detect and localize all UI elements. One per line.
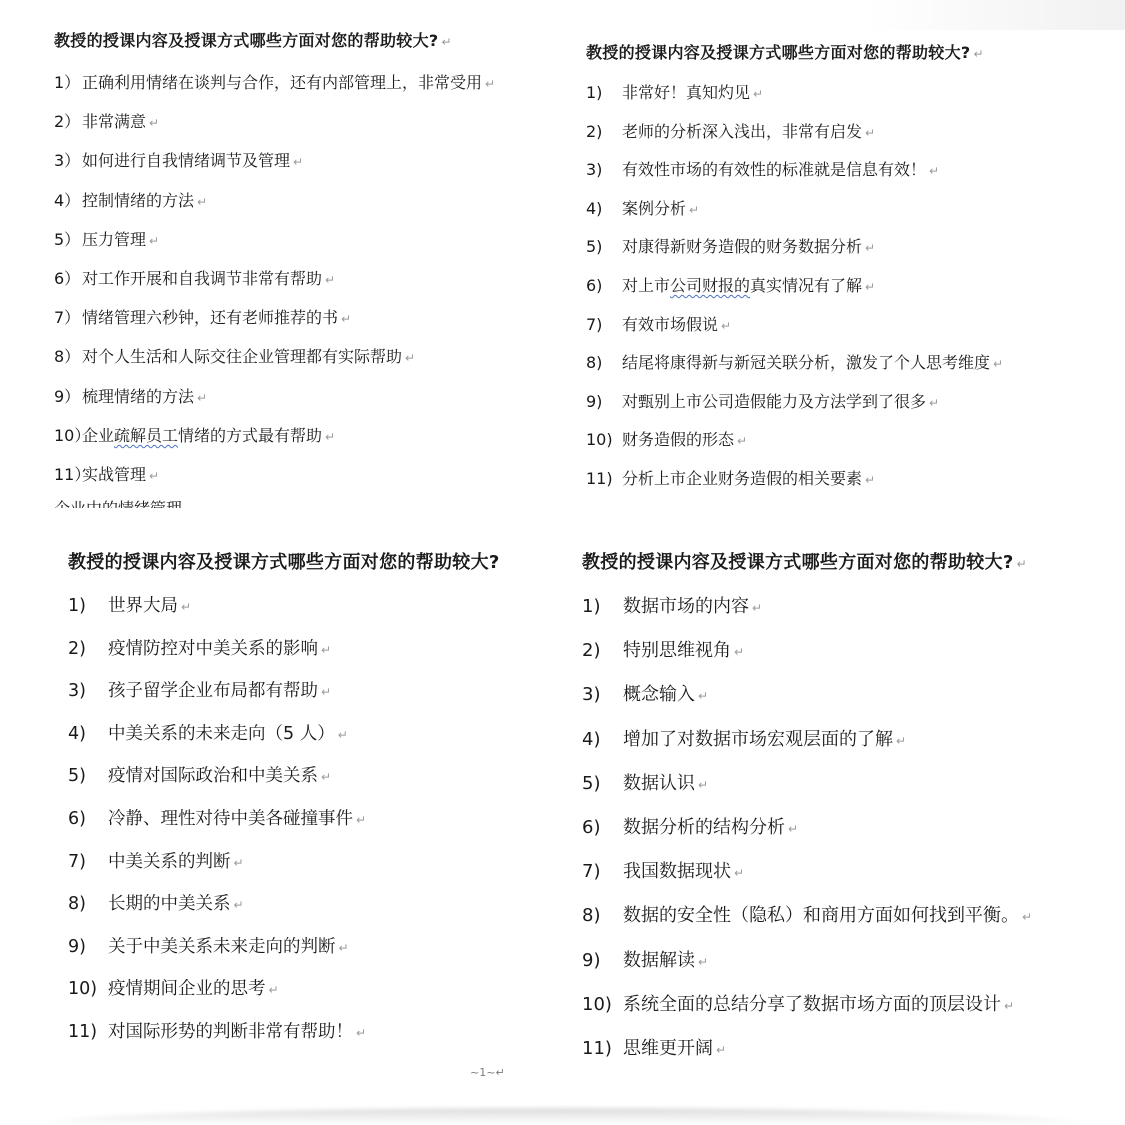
paragraph-mark-icon: ↵ [356,813,366,827]
paragraph-mark-icon: ↵ [896,734,906,748]
paragraph-mark-icon: ↵ [734,866,744,880]
item-text: 正确利用情绪在谈判与合作，还有内部管理上，非常受用 [82,70,482,93]
spellcheck-underline: 公司财报的 [670,276,750,295]
item-number: 7） [54,305,82,328]
list-item: 1)世界大局↵ [68,592,191,617]
list-item: 2)疫情防控对中美关系的影响↵ [68,635,331,660]
list-item: 1)非常好！真知灼见↵ [586,80,763,103]
item-text: 对个人生活和人际交往企业管理都有实际帮助 [82,344,402,367]
list-item: 1）正确利用情绪在谈判与合作，还有内部管理上，非常受用↵ [54,70,495,93]
paragraph-mark-icon: ↵ [993,357,1003,371]
item-text: 特别思维视角 [623,636,731,662]
item-text: 我国数据现状 [623,857,731,883]
item-text: 对国际形势的判断非常有帮助！ [108,1018,353,1043]
item-number: 3） [54,148,82,171]
item-text: 非常好！真知灼见 [622,80,750,103]
item-number: 5） [54,227,82,250]
paragraph-mark-icon: ↵ [721,319,731,333]
list-item: 3)概念输入↵ [582,680,708,706]
list-item: 2)老师的分析深入浅出，非常有启发↵ [586,119,875,142]
paragraph-mark-icon: ↵ [485,77,495,91]
paragraph-mark-icon: ↵ [269,983,279,997]
item-number: 8) [582,905,623,926]
list-item: 2）非常满意↵ [54,109,159,132]
list-item: 7)我国数据现状↵ [582,857,744,883]
item-number: 11) [582,1038,623,1059]
feedback-panel-bottom-right: 教授的授课内容及授课方式哪些方面对您的帮助较大?↵ 1)数据市场的内容↵2)特别… [582,546,1125,1066]
item-number: 2） [54,109,82,132]
list-item: 2)特别思维视角↵ [582,636,744,662]
item-number: 10） [54,423,82,446]
item-number: 11） [54,462,82,485]
item-text: 疫情期间企业的思考 [108,975,266,1000]
list-item: 10)系统全面的总结分享了数据市场方面的顶层设计↵ [582,990,1014,1016]
item-number: 3) [68,681,108,701]
item-number: 6) [582,817,623,838]
paragraph-mark-icon: ↵ [1017,557,1027,571]
paragraph-mark-icon: ↵ [865,473,875,487]
feedback-panel-bottom-left: 教授的授课内容及授课方式哪些方面对您的帮助较大? 1)世界大局↵2)疫情防控对中… [68,546,558,1046]
item-text: 对甄别上市公司造假能力及方法学到了很多 [622,389,926,412]
paragraph-mark-icon: ↵ [321,643,331,657]
item-number: 5) [582,773,623,794]
item-number: 7) [586,315,622,334]
list-item: 10)疫情期间企业的思考↵ [68,975,279,1000]
paragraph-mark-icon: ↵ [234,856,244,870]
paragraph-mark-icon: ↵ [197,195,207,209]
item-number: 8） [54,344,82,367]
item-text: 财务造假的形态 [622,427,734,450]
paragraph-mark-icon: ↵ [716,1043,726,1057]
list-item: 10)财务造假的形态↵ [586,427,747,450]
list-item: 3）如何进行自我情绪调节及管理↵ [54,148,303,171]
paragraph-mark-icon: ↵ [1004,999,1014,1013]
item-number: 2) [582,640,623,661]
list-item: 11)思维更开阔↵ [582,1034,726,1060]
item-number: 5) [68,766,108,786]
item-number: 8) [586,353,622,372]
item-text: 实战管理 [82,462,146,485]
list-item: 9)关于中美关系未来走向的判断↵ [68,933,349,958]
item-text: 长期的中美关系 [108,890,231,915]
item-text: 数据市场的内容 [623,592,749,618]
item-text: 对上市公司财报的真实情况有了解 [622,273,862,296]
paragraph-mark-icon: ↵ [752,601,762,615]
item-text: 有效性市场的有效性的标准就是信息有效！ [622,157,926,180]
item-number: 6） [54,266,82,289]
paragraph-mark-icon: ↵ [1022,910,1032,924]
list-item: 4）控制情绪的方法↵ [54,188,207,211]
paragraph-mark-icon: ↵ [339,941,349,955]
item-number: 7) [68,852,108,872]
item-number: 10) [586,430,622,449]
item-text: 思维更开阔 [623,1034,713,1060]
list-item: 5)数据认识↵ [582,769,708,795]
paragraph-mark-icon: ↵ [698,689,708,703]
paragraph-mark-icon: ↵ [698,955,708,969]
item-text: 控制情绪的方法 [82,188,194,211]
list-item: 7）情绪管理六秒钟，还有老师推荐的书↵ [54,305,351,328]
paragraph-mark-icon: ↵ [325,273,335,287]
item-text: 非常满意 [82,109,146,132]
list-item: 7)有效市场假说↵ [586,312,731,335]
item-number: 1） [54,70,82,93]
paragraph-mark-icon: ↵ [973,47,983,61]
item-number: 9) [68,937,108,957]
item-text: 冷静、理性对待中美各碰撞事件 [108,805,353,830]
item-number: 7) [582,861,623,882]
page-bottom-shadow [40,1108,1085,1125]
list-item: 11)对国际形势的判断非常有帮助！↵ [68,1018,366,1043]
item-text: 案例分析 [622,196,686,219]
list-item: 8)结尾将康得新与新冠关联分析，激发了个人思考维度↵ [586,350,1003,373]
item-text: 中美关系的未来走向（5 人） [108,720,335,745]
item-text: 增加了对数据市场宏观层面的了解 [623,725,893,751]
question-heading: 教授的授课内容及授课方式哪些方面对您的帮助较大?↵ [586,40,984,63]
item-text: 数据认识 [623,769,695,795]
question-heading: 教授的授课内容及授课方式哪些方面对您的帮助较大? [68,548,500,574]
list-item: 1)数据市场的内容↵ [582,592,762,618]
item-text: 对工作开展和自我调节非常有帮助 [82,266,322,289]
item-text: 数据解读 [623,946,695,972]
paragraph-mark-icon: ↵ [234,898,244,912]
item-text: 关于中美关系未来走向的判断 [108,933,336,958]
list-item: 5）压力管理↵ [54,227,159,250]
paragraph-mark-icon: ↵ [698,778,708,792]
item-number: 3) [586,160,622,179]
item-number: 1) [586,83,622,102]
feedback-panel-top-right: 教授的授课内容及授课方式哪些方面对您的帮助较大?↵ 1)非常好！真知灼见↵2)老… [586,38,1106,498]
question-heading: 教授的授课内容及授课方式哪些方面对您的帮助较大?↵ [582,548,1027,574]
list-item: 4)中美关系的未来走向（5 人）↵ [68,720,348,745]
paragraph-mark-icon: ↵ [929,164,939,178]
item-text: 数据分析的结构分析 [623,813,785,839]
paragraph-mark-icon: ↵ [788,822,798,836]
list-item: 11)分析上市企业财务造假的相关要素↵ [586,466,875,489]
item-number: 2) [586,122,622,141]
page-number: ~1~↵ [470,1066,505,1079]
item-text: 老师的分析深入浅出，非常有启发 [622,119,862,142]
list-item: 10）企业疏解员工情绪的方式最有帮助↵ [54,423,335,446]
paragraph-mark-icon: ↵ [405,351,415,365]
paragraph-mark-icon: ↵ [197,391,207,405]
list-item: 9)数据解读↵ [582,946,708,972]
paragraph-mark-icon: ↵ [929,396,939,410]
paragraph-mark-icon: ↵ [325,430,335,444]
item-text: 疫情防控对中美关系的影响 [108,635,318,660]
paragraph-mark-icon: ↵ [341,312,351,326]
item-text: 疫情对国际政治和中美关系 [108,762,318,787]
item-number: 11) [68,1022,108,1042]
list-item: 9)对甄别上市公司造假能力及方法学到了很多↵ [586,389,939,412]
paragraph-mark-icon: ↵ [734,645,744,659]
item-number: 3) [582,684,623,705]
paragraph-mark-icon: ↵ [321,770,331,784]
item-text: 中美关系的判断 [108,848,231,873]
item-number: 4) [68,724,108,744]
item-text: 对康得新财务造假的财务数据分析 [622,234,862,257]
item-text: 结尾将康得新与新冠关联分析，激发了个人思考维度 [622,350,990,373]
paragraph-mark-icon: ↵ [753,87,763,101]
paragraph-mark-icon: ↵ [865,280,875,294]
paragraph-mark-icon: ↵ [321,685,331,699]
paragraph-mark-icon: ↵ [356,1026,366,1040]
item-number: 9） [54,384,82,407]
cut-off-line: 企业中的情绪管理 [54,500,354,508]
item-number: 4) [586,199,622,218]
list-item: 6)冷静、理性对待中美各碰撞事件↵ [68,805,366,830]
item-number: 5) [586,237,622,256]
item-text: 压力管理 [82,227,146,250]
item-number: 8) [68,894,108,914]
paragraph-mark-icon: ↵ [149,234,159,248]
item-text: 数据的安全性（隐私）和商用方面如何找到平衡。 [623,901,1019,927]
list-item: 9）梳理情绪的方法↵ [54,384,207,407]
paragraph-mark-icon: ↵ [865,241,875,255]
paragraph-mark-icon: ↵ [737,434,747,448]
paragraph-mark-icon: ↵ [149,469,159,483]
paragraph-mark-icon: ↵ [149,116,159,130]
paragraph-mark-icon: ↵ [689,203,699,217]
item-number: 6) [68,809,108,829]
item-text: 系统全面的总结分享了数据市场方面的顶层设计 [623,990,1001,1016]
item-number: 2) [68,639,108,659]
list-item: 8)长期的中美关系↵ [68,890,244,915]
list-item: 5)对康得新财务造假的财务数据分析↵ [586,234,875,257]
list-item: 6)数据分析的结构分析↵ [582,813,798,839]
list-item: 4)增加了对数据市场宏观层面的了解↵ [582,725,906,751]
list-item: 8)数据的安全性（隐私）和商用方面如何找到平衡。↵ [582,901,1032,927]
item-text: 如何进行自我情绪调节及管理 [82,148,290,171]
item-number: 4） [54,188,82,211]
item-text: 分析上市企业财务造假的相关要素 [622,466,862,489]
item-number: 1) [68,596,108,616]
page-edge-shadow [865,0,1125,30]
paragraph-mark-icon: ↵ [441,35,451,49]
paragraph-mark-icon: ↵ [293,155,303,169]
feedback-panel-top-left: 教授的授课内容及授课方式哪些方面对您的帮助较大?↵ 1）正确利用情绪在谈判与合作… [54,26,554,508]
item-number: 6) [586,276,622,295]
item-text: 孩子留学企业布局都有帮助 [108,677,318,702]
item-number: 9) [586,392,622,411]
list-item: 11）实战管理↵ [54,462,159,485]
item-number: 4) [582,729,623,750]
paragraph-mark-icon: ↵ [338,728,348,742]
list-item: 8）对个人生活和人际交往企业管理都有实际帮助↵ [54,344,415,367]
item-number: 9) [582,950,623,971]
item-text: 企业疏解员工情绪的方式最有帮助 [82,423,322,446]
question-heading: 教授的授课内容及授课方式哪些方面对您的帮助较大?↵ [54,28,452,51]
spellcheck-underline: 疏解员工 [114,426,178,445]
list-item: 3)孩子留学企业布局都有帮助↵ [68,677,331,702]
item-text: 概念输入 [623,680,695,706]
item-text: 世界大局 [108,592,178,617]
item-number: 11) [586,469,622,488]
list-item: 5)疫情对国际政治和中美关系↵ [68,762,331,787]
item-number: 10) [68,979,108,999]
list-item: 4)案例分析↵ [586,196,699,219]
item-text: 梳理情绪的方法 [82,384,194,407]
list-item: 3)有效性市场的有效性的标准就是信息有效！↵ [586,157,939,180]
item-number: 10) [582,994,623,1015]
item-number: 1) [582,596,623,617]
list-item: 6)对上市公司财报的真实情况有了解↵ [586,273,875,296]
item-text: 有效市场假说 [622,312,718,335]
item-text: 情绪管理六秒钟，还有老师推荐的书 [82,305,338,328]
paragraph-mark-icon: ↵ [865,126,875,140]
paragraph-mark-icon: ↵ [181,600,191,614]
list-item: 6）对工作开展和自我调节非常有帮助↵ [54,266,335,289]
list-item: 7)中美关系的判断↵ [68,848,244,873]
